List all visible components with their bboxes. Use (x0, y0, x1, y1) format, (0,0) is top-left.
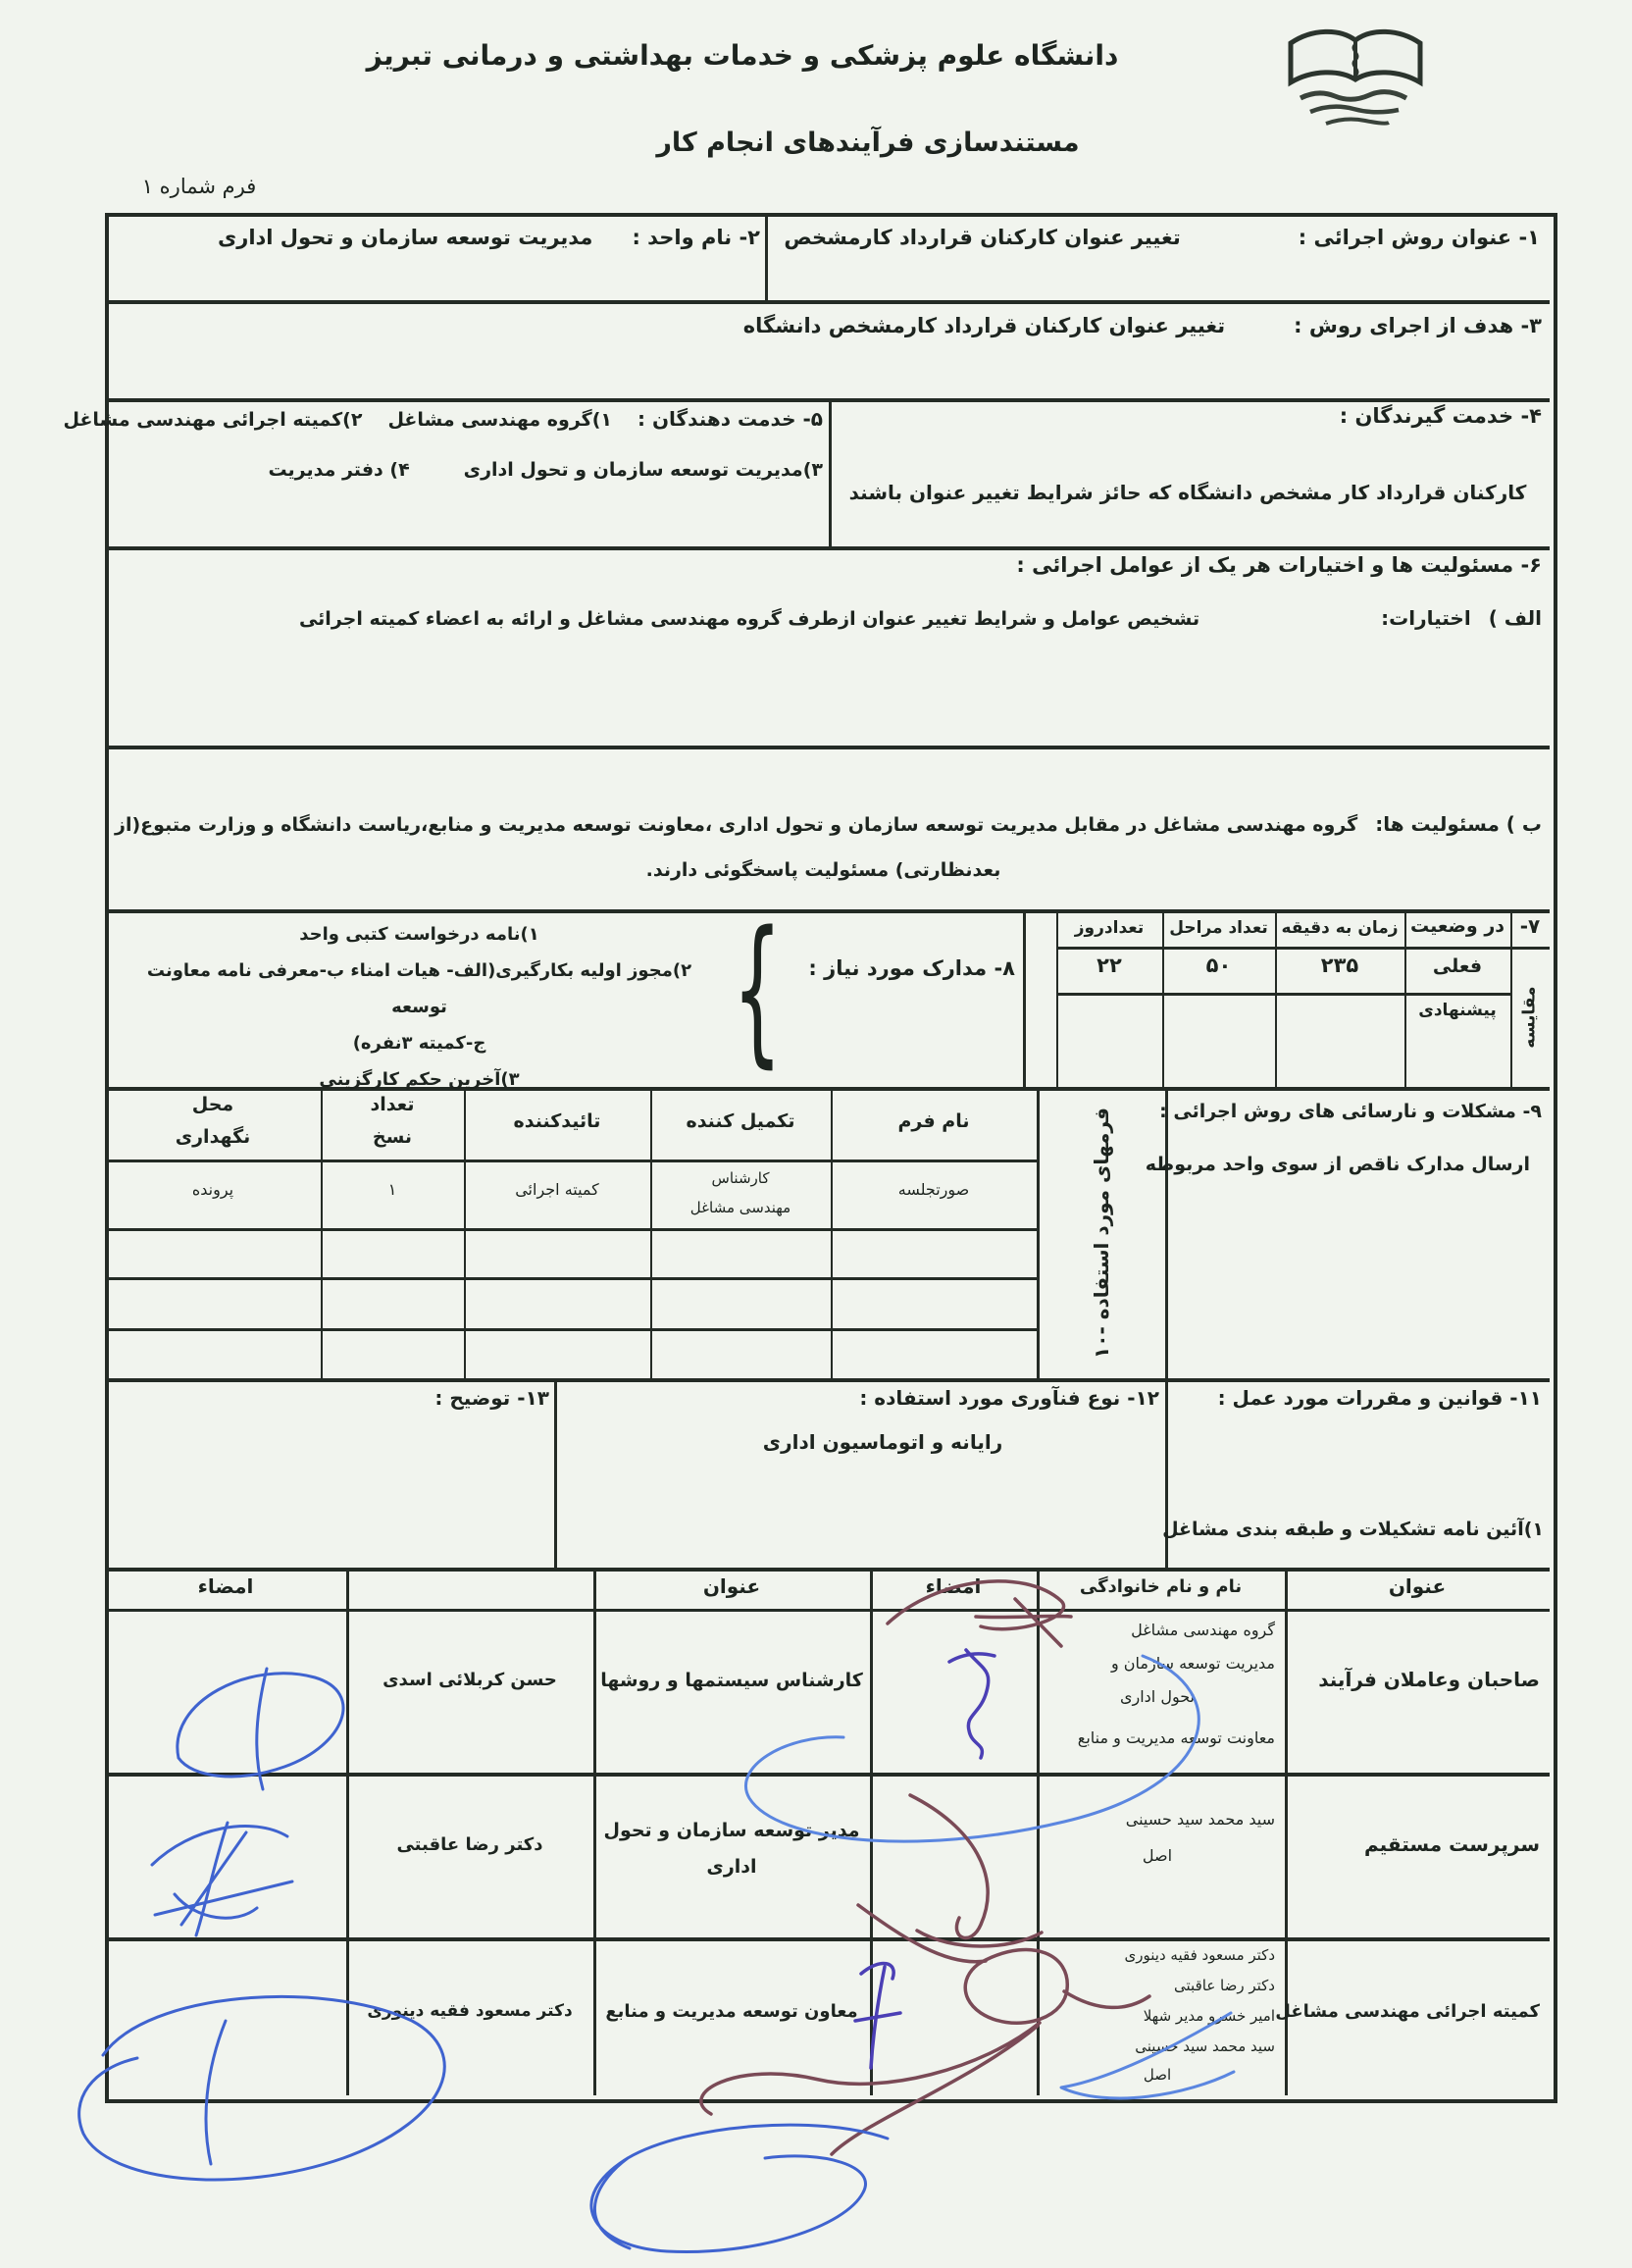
field-8-item: ۲)مجوز اولیه بکارگیری(الف- هیات امناء ب-… (118, 953, 721, 1025)
forms-row-approver: کمیته اجرائی (464, 1180, 650, 1199)
sig-r3-role: کمیته اجرائی مهندسی مشاغل (1287, 2001, 1550, 2022)
field-7-compare-label: مقایسه (1520, 986, 1540, 1048)
sig-r3-role2: معاون توسعه مدیریت و منابع (593, 2001, 870, 2022)
field-3: ۳- هدف از اجرای روش : تغییر عنوان کارکنا… (105, 314, 1554, 337)
field-6-alef-name: اختیارات: (1381, 606, 1471, 630)
sig-r2-name2: دکتر رضا عاقبتی (346, 1834, 593, 1855)
field-7-value-steps: ۵۰ (1162, 954, 1275, 977)
forms-row-name: صورتجلسه (831, 1180, 1037, 1199)
sig-r1-name-line: گروه مهندسی مشاغل (1040, 1621, 1285, 1639)
sig-r2-name-line: سید محمد سید حسینی (1040, 1810, 1289, 1829)
grid-line (105, 1773, 1550, 1777)
grid-line (1056, 993, 1510, 996)
forms-header-copies-2: نسخ (321, 1126, 464, 1148)
field-1: ۱- عنوان روش اجرائی : تغییر عنوان کارکنا… (775, 226, 1550, 249)
sig-header-signature-2: امضاء (105, 1574, 346, 1598)
signature-bottom-blue-loop (591, 2125, 888, 2251)
field-1-label: ۱- عنوان روش اجرائی : (1299, 226, 1540, 249)
field-11-label: ۱۱- قوانین و مقررات مورد عمل : (1169, 1386, 1552, 1410)
field-5-item-1: ۱)گروه مهندسی مشاغل (387, 409, 612, 431)
forms-row-keep: پرونده (105, 1180, 321, 1199)
grid-line (105, 1160, 1037, 1162)
field-8-item: ۱)نامه درخواست کتبی واحد (118, 916, 721, 953)
grid-line (105, 300, 1550, 304)
sig-r3-name-line: اصل (1040, 2066, 1275, 2084)
university-logo (1275, 20, 1437, 135)
field-7-value-days: ۲۲ (1056, 954, 1162, 977)
sig-r1-role2: کارشناس سیستمها و روشها (593, 1670, 870, 1691)
field-7-row-current: فعلی (1404, 955, 1510, 977)
field-6-alef-label: الف ) (1489, 606, 1542, 630)
grid-line (105, 1328, 1037, 1331)
sig-r1-role: صاحبان وعاملان فرآیند (1287, 1668, 1555, 1691)
grid-line (870, 1568, 873, 2095)
field-5-label: ۵- خدمت دهندگان : (637, 407, 823, 431)
field-7-col-status: در وضعیت (1404, 915, 1510, 937)
field-4-label: ۴- خدمت گیرندگان : (829, 404, 1555, 428)
sig-r3-name-line: دکتر رضا عاقبتی (1040, 1977, 1281, 1994)
form-number: فرم شماره ۱ (135, 175, 263, 198)
field-7-col-minutes: زمان به دقیقه (1275, 918, 1404, 938)
field-3-label: ۳- هدف از اجرای روش : (1294, 314, 1542, 337)
field-7-row-proposed: پیشنهادی (1404, 1001, 1510, 1020)
grid-line (105, 1228, 1037, 1231)
forms-header-keep-1: محل (105, 1094, 321, 1115)
field-6-b-line2: بعدنظارتی) مسئولیت پاسخگوئی دارند. (105, 859, 1542, 881)
forms-row-filler-2: مهندسی مشاغل (650, 1199, 831, 1216)
sig-header-signature: امضاء (870, 1574, 1037, 1598)
field-3-value: تغییر عنوان کارکنان قرارداد کارمشخص دانش… (743, 314, 1225, 337)
grid-line (1056, 947, 1550, 950)
sig-r2-role: سرپرست مستقیم (1287, 1832, 1555, 1856)
sig-r1-name-line: مدیریت توسعه سازمان و (1040, 1654, 1285, 1673)
sig-header-fullname: نام و نام خانوادگی (1037, 1576, 1285, 1597)
field-9-value: ارسال مدارک ناقص از سوی واحد مربوطه (1177, 1154, 1530, 1175)
field-2: ۲- نام واحد : مدیریت توسعه سازمان و تحول… (113, 226, 766, 249)
sig-r2-role2: مدیر توسعه سازمان و تحول اداری (603, 1813, 860, 1885)
field-12-label: ۱۲- نوع فنآوری مورد استفاده : (559, 1386, 1167, 1410)
field-5-item-4: ۴) دفتر مدیریت (268, 459, 409, 481)
forms-header-filler: تکمیل کننده (650, 1110, 831, 1132)
field-1-value: تغییر عنوان کارکنان قرارداد کارمشخص (784, 226, 1180, 249)
forms-header-keep-2: نگهداری (105, 1126, 321, 1148)
field-7-compare-cell: مقایسه (1510, 947, 1550, 1087)
field-7-number: ۷- (1510, 914, 1550, 938)
field-9-label: ۹- مشکلات و نارسائی های روش اجرائی : (1167, 1101, 1552, 1122)
grid-line (105, 909, 1550, 913)
grid-line (105, 1378, 1550, 1382)
field-8-brace: } (733, 908, 783, 1073)
org-title: دانشگاه علوم پزشکی و خدمات بهداشتی و درم… (105, 39, 1380, 72)
sig-r1-name-line: تحول اداری (1040, 1687, 1275, 1706)
field-6-authorities: الف ) اختیارات: تشخیص عوامل و شرایط تغیی… (105, 606, 1552, 630)
field-8-item: ۳)آخرین حکم کارگزینی (118, 1061, 721, 1098)
logo-script-line1 (1300, 92, 1406, 100)
field-8-label: ۸- مدارک مورد نیاز : (765, 956, 1021, 980)
field-10-rotated-cell: ۱۰- فرمهای مورد استفاده (1037, 1087, 1165, 1378)
scanned-form-page: دانشگاه علوم پزشکی و خدمات بهداشتی و درم… (0, 0, 1632, 2268)
grid-line (105, 1937, 1550, 1941)
field-7-value-minutes: ۲۳۵ (1275, 954, 1404, 977)
field-7-col-days: تعدادروز (1056, 918, 1162, 938)
field-10-label: ۱۰- فرمهای مورد استفاده (1090, 1108, 1113, 1359)
field-5-item-2: ۲)کمیته اجرائی مهندسی مشاغل (63, 409, 362, 431)
field-6-title: ۶- مسئولیت ها و اختیارات هر یک از عوامل … (490, 553, 1552, 577)
forms-row-copies: ۱ (321, 1180, 464, 1199)
field-8-item: ج-کمیته ۳نفره) (118, 1025, 721, 1061)
field-11-value: ۱)آئین نامه تشکیلات و طبقه بندی مشاغل (1173, 1519, 1555, 1540)
doc-title: مستندسازی فرآیندهای انجام کار (353, 128, 1383, 158)
sig-r1-name2: حسن کربلائی اسدی (346, 1670, 593, 1690)
forms-header-approver: تائیدکننده (464, 1110, 650, 1132)
forms-row-filler-1: کارشناس (650, 1169, 831, 1187)
grid-line (105, 1609, 1550, 1612)
sig-r3-name-line: دکتر مسعود فقیه دینوری (1040, 1946, 1281, 1964)
forms-header-copies-1: تعداد (321, 1094, 464, 1115)
grid-line (1023, 909, 1026, 1087)
logo-script-line3 (1326, 120, 1389, 124)
field-7-col-steps: تعداد مراحل (1162, 918, 1275, 938)
sig-header-role-2: عنوان (593, 1574, 870, 1598)
field-6-responsibilities: ب ) مسئولیت ها: گروه مهندسی مشاغل در مقا… (105, 812, 1554, 836)
field-2-label: ۲- نام واحد : (632, 226, 760, 249)
sig-r2-name-line: اصل (1040, 1846, 1275, 1865)
logo-script-line2 (1310, 107, 1399, 113)
field-6-b-label: ب ) مسئولیت ها: (1375, 812, 1542, 836)
field-12-value: رایانه و اتوماسیون اداری (637, 1430, 1128, 1454)
field-2-value: مدیریت توسعه سازمان و تحول اداری (218, 226, 592, 249)
field-13-label: ۱۳- توضیح : (108, 1386, 561, 1410)
field-6-b-line1: گروه مهندسی مشاغل در مقابل مدیریت توسعه … (115, 814, 1357, 836)
sig-r3-name2: دکتر مسعود فقیه دینوری (346, 2001, 593, 2021)
field-4-value: کارکنان قرارداد کار مشخص دانشگاه که حائز… (834, 481, 1542, 504)
field-5-line2: ۳)مدیریت توسعه سازمان و تحول اداری ۴) دف… (105, 459, 970, 481)
forms-header-name: نام فرم (831, 1110, 1037, 1132)
grid-line (105, 746, 1550, 749)
sig-r1-name-line: معاونت توسعه مدیریت و منابع (1040, 1728, 1281, 1747)
sig-r3-name-line: سید محمد سید حسینی (1040, 2037, 1281, 2055)
field-8-items: ۱)نامه درخواست کتبی واحد ۲)مجوز اولیه بک… (118, 916, 721, 1098)
field-6-alef-value: تشخیص عوامل و شرایط تغییر عنوان ازطرف گر… (299, 608, 1199, 630)
grid-line (105, 1568, 1550, 1572)
sig-r3-name-line: امیر خسرو مدیر شهلا (1040, 2007, 1281, 2025)
grid-line (105, 546, 1550, 550)
field-5-line1: ۵- خدمت دهندگان : ۱)گروه مهندسی مشاغل ۲)… (105, 407, 831, 431)
grid-line (105, 1277, 1037, 1280)
sig-header-role: عنوان (1285, 1574, 1550, 1598)
field-5-item-3: ۳)مدیریت توسعه سازمان و تحول اداری (464, 459, 823, 481)
grid-line (105, 398, 1550, 402)
